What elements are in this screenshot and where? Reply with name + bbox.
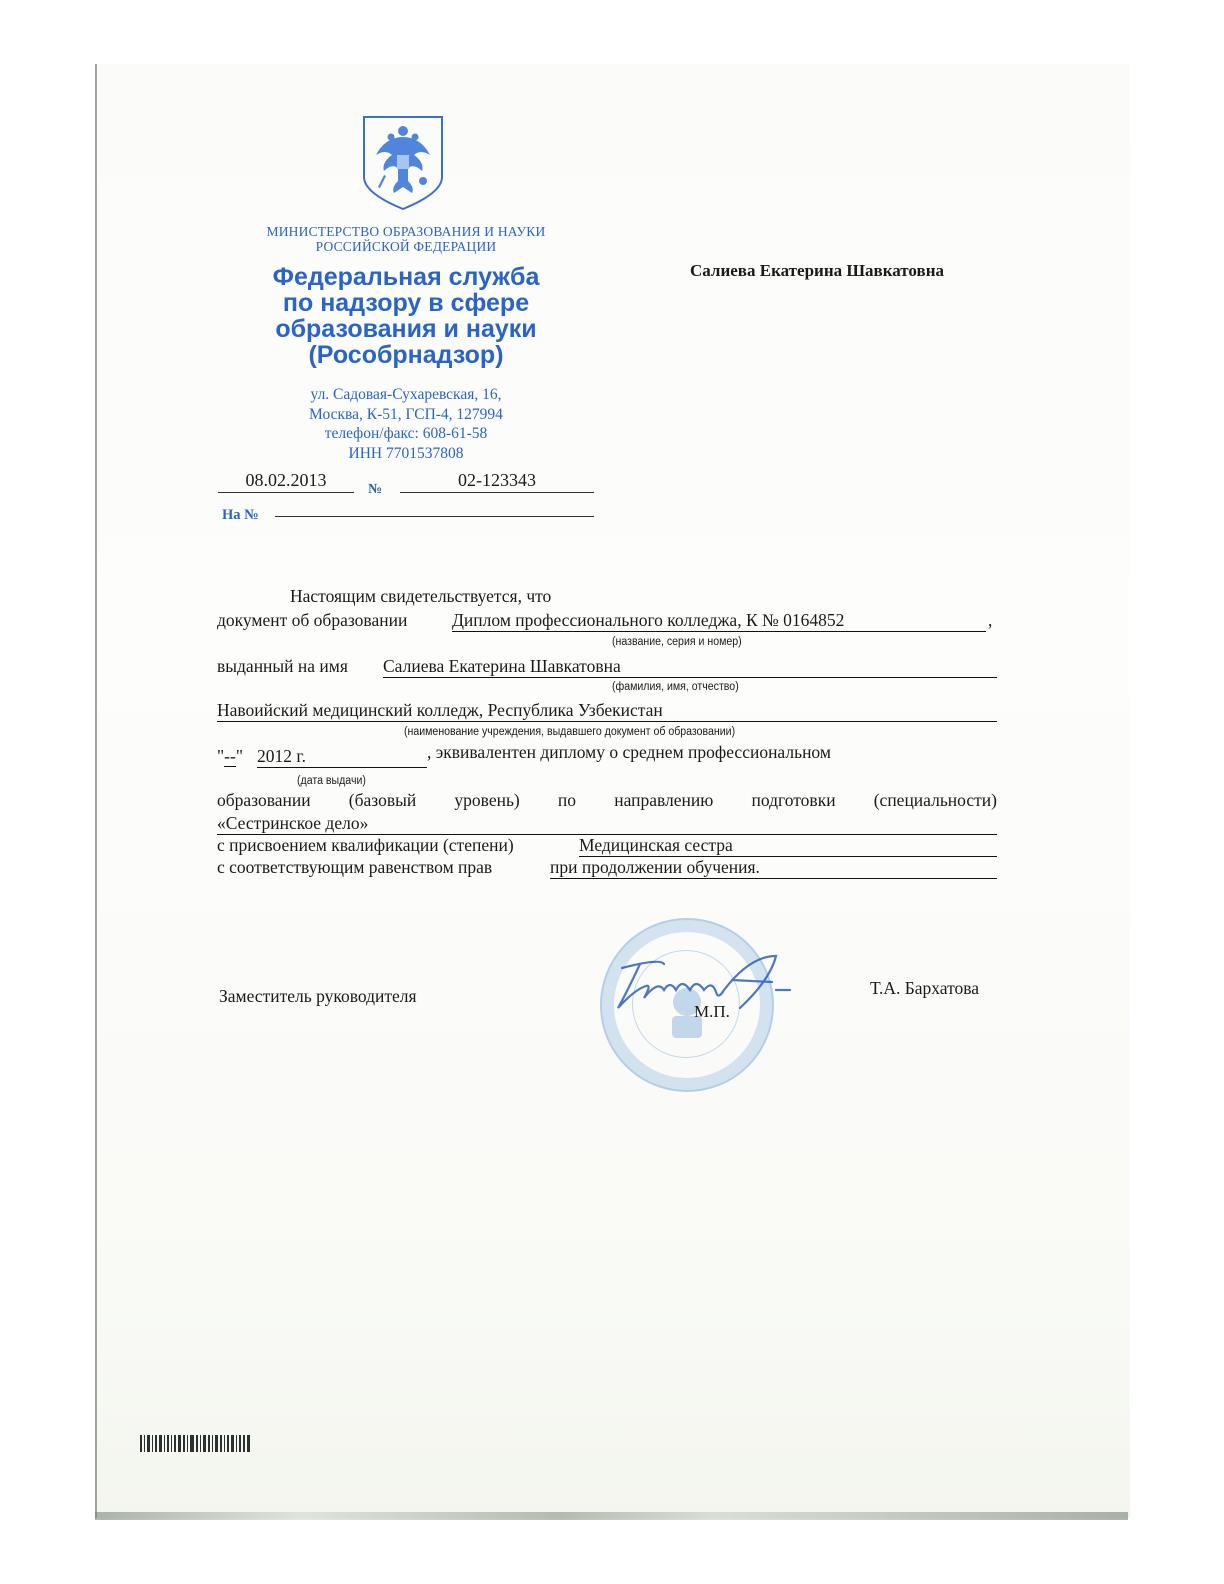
level-word: образовании (217, 790, 311, 811)
qualification-value: Медицинская сестра (579, 835, 997, 857)
address-line: телефон/факс: 608-61-58 (250, 424, 562, 444)
service-line: Федеральная служба (250, 264, 562, 290)
reference-number-label: На № (222, 507, 259, 524)
registration-number-label: № (368, 482, 382, 498)
ministry-line: РОССИЙСКОЙ ФЕДЕРАЦИИ (250, 239, 562, 254)
issued-value-text: Салиева Екатерина Шавкатовна (383, 656, 621, 676)
level-word: (базовый (349, 790, 416, 811)
address-line: ИНН 7701537808 (250, 444, 562, 464)
paper-edge-shadow (95, 1512, 1128, 1520)
certificate-intro: Настоящим свидетельствуется, что (290, 586, 551, 607)
service-address: ул. Садовая-Сухаревская, 16, Москва, К-5… (250, 385, 562, 463)
institution-caption: (наименование учреждения, выдавшего доку… (404, 726, 735, 738)
registration-number: 02-123343 (400, 470, 594, 493)
issued-caption: (фамилия, имя, отчество) (612, 681, 739, 693)
issue-year-text: 2012 г. (257, 746, 306, 766)
issued-value: Салиева Екатерина Шавкатовна (383, 656, 997, 678)
recipient-name: Салиева Екатерина Шавкатовна (690, 261, 1010, 281)
russian-coat-of-arms-icon (362, 115, 444, 211)
level-line: образовании (базовый уровень) по направл… (217, 790, 997, 811)
level-word: по (558, 790, 576, 811)
signer-name: Т.А. Бархатова (870, 978, 979, 999)
qualification-label: с присвоением квалификации (степени) (217, 835, 514, 856)
reference-number-line (275, 516, 594, 517)
document-caption: (название, серия и номер) (612, 636, 742, 648)
comma: , (988, 610, 992, 631)
rights-label: с соответствующим равенством прав (217, 857, 492, 878)
rights-value: при продолжении обучения. (550, 857, 997, 879)
specialty-value-text: «Сестринское дело» (217, 813, 368, 833)
ministry-name: МИНИСТЕРСТВО ОБРАЗОВАНИЯ И НАУКИ РОССИЙС… (250, 224, 562, 254)
institution-value: Навоийский медицинский колледж, Республи… (217, 700, 997, 722)
document-value: Диплом профессионального колледжа, К № 0… (452, 610, 986, 632)
qualification-value-text: Медицинская сестра (579, 835, 733, 855)
date-caption: (дата выдачи) (297, 775, 366, 787)
issue-date: "--" (217, 746, 243, 767)
level-word: подготовки (751, 790, 835, 811)
equivalent-text: , эквивалентен диплому о среднем професс… (427, 742, 831, 763)
stamp-label: М.П. (694, 1002, 730, 1022)
issue-year: 2012 г. (257, 746, 427, 768)
barcode-icon (140, 1435, 252, 1452)
address-line: Москва, К-51, ГСП-4, 127994 (250, 405, 562, 425)
address-line: ул. Садовая-Сухаревская, 16, (250, 385, 562, 405)
level-word: направлению (614, 790, 713, 811)
service-line: (Рособрнадзор) (250, 342, 562, 368)
service-line: образования и науки (250, 316, 562, 342)
service-line: по надзору в сфере (250, 290, 562, 316)
ministry-line: МИНИСТЕРСТВО ОБРАЗОВАНИЯ И НАУКИ (250, 224, 562, 239)
level-word: (специальности) (874, 790, 997, 811)
issued-label: выданный на имя (217, 656, 348, 677)
signer-position: Заместитель руководителя (219, 986, 417, 1007)
institution-value-text: Навоийский медицинский колледж, Республи… (217, 700, 663, 720)
document-label: документ об образовании (217, 610, 407, 631)
registration-date: 08.02.2013 (218, 470, 354, 493)
rights-value-text: при продолжении обучения. (550, 857, 760, 877)
service-name: Федеральная служба по надзору в сфере об… (250, 264, 562, 368)
specialty-value: «Сестринское дело» (217, 813, 997, 835)
level-word: уровень) (454, 790, 519, 811)
issue-day: -- (224, 746, 236, 767)
document-value-text: Диплом профессионального колледжа, К № 0… (452, 610, 844, 630)
